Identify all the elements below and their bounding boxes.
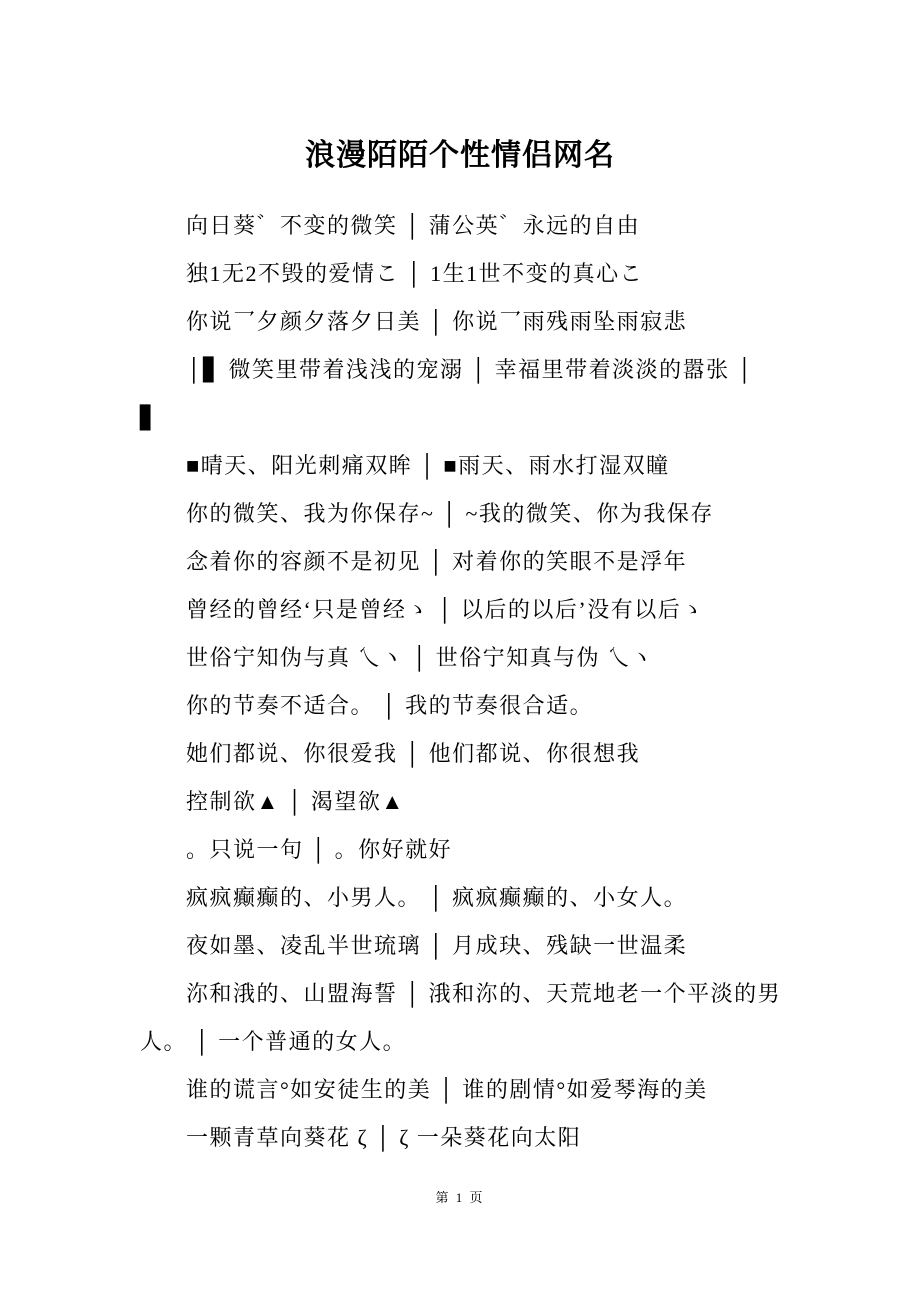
paragraph-line: ■晴天、阳光刺痛双眸 │ ■雨天、雨水打湿双瞳 bbox=[186, 453, 670, 478]
paragraph-line: 你说乛夕颜夕落夕日美 │ 你说乛雨残雨坠雨寂悲 bbox=[186, 309, 687, 334]
paragraph-line: 她们都说、你很爱我 │ 他们都说、你很想我 bbox=[186, 741, 640, 766]
paragraph-line: 谁的谎言°如安徒生的美 │ 谁的剧情°如爱琴海的美 bbox=[186, 1077, 708, 1102]
paragraph: 谁的谎言°如安徒生的美 │ 谁的剧情°如爱琴海的美 bbox=[140, 1066, 780, 1114]
paragraph-line: 世俗宁知伪与真 乀ヽ │ 世俗宁知真与伪 乀ヽ bbox=[186, 645, 654, 670]
page-footer: 第 1 页 bbox=[0, 1189, 920, 1207]
paragraph-line: 你的微笑、我为你保存~ │ ~我的微笑、你为我保存 bbox=[186, 501, 714, 526]
page-number-label: 第 1 页 bbox=[435, 1190, 484, 1205]
paragraph: 夜如墨、凌乱半世琉璃 │ 月成玦、残缺一世温柔 bbox=[140, 922, 780, 970]
paragraph: ■晴天、阳光刺痛双眸 │ ■雨天、雨水打湿双瞳 bbox=[140, 442, 780, 490]
paragraph: 沵和涐的、山盟海誓 │ 涐和沵的、天荒地老一个平淡的男人。 │ 一个普通的女人。 bbox=[140, 970, 780, 1066]
paragraph: 一颗青草向葵花 ζ │ ζ 一朵葵花向太阳 bbox=[140, 1114, 780, 1162]
paragraph: 疯疯癫癫的、小男人。 │ 疯疯癫癫的、小女人。 bbox=[140, 874, 780, 922]
paragraph: │▋ 微笑里带着浅浅的宠溺 │ 幸福里带着淡淡的嚣张 │▋ bbox=[140, 346, 780, 442]
paragraph-line: 独1无2不毁的爱情こ │ 1生1世不变的真心こ bbox=[186, 261, 643, 286]
paragraph-line: 疯疯癫癫的、小男人。 │ 疯疯癫癫的、小女人。 bbox=[186, 885, 687, 910]
paragraph-line: 你的节奏不适合。 │ 我的节奏很合适。 bbox=[186, 693, 593, 718]
paragraph-line: ▋ bbox=[140, 405, 158, 430]
document-title: 浪漫陌陌个性情侣网名 bbox=[140, 137, 780, 175]
paragraph-line: 。只说一句 │ 。你好就好 bbox=[186, 837, 452, 862]
paragraph-line: 曾经的曾经‘只是曾经ゝ │ 以后的以后’没有以后ゝ bbox=[186, 597, 705, 622]
paragraph-line: 夜如墨、凌乱半世琉璃 │ 月成玦、残缺一世温柔 bbox=[186, 933, 687, 958]
paragraph: 。只说一句 │ 。你好就好 bbox=[140, 826, 780, 874]
paragraph: 你的节奏不适合。 │ 我的节奏很合适。 bbox=[140, 682, 780, 730]
paragraph-line: │▋ 微笑里带着浅浅的宠溺 │ 幸福里带着淡淡的嚣张 │ bbox=[186, 357, 754, 382]
paragraph: 独1无2不毁的爱情こ │ 1生1世不变的真心こ bbox=[140, 250, 780, 298]
paragraph: 你说乛夕颜夕落夕日美 │ 你说乛雨残雨坠雨寂悲 bbox=[140, 298, 780, 346]
paragraph: 曾经的曾经‘只是曾经ゝ │ 以后的以后’没有以后ゝ bbox=[140, 586, 780, 634]
paragraph-line: 向日葵゛不变的微笑 │ 蒲公英゛永远的自由 bbox=[186, 213, 640, 238]
document-page: 浪漫陌陌个性情侣网名 向日葵゛不变的微笑 │ 蒲公英゛永远的自由独1无2不毁的爱… bbox=[0, 0, 920, 1302]
paragraph: 你的微笑、我为你保存~ │ ~我的微笑、你为我保存 bbox=[140, 490, 780, 538]
paragraph-line: 一颗青草向葵花 ζ │ ζ 一朵葵花向太阳 bbox=[186, 1125, 581, 1150]
paragraph: 控制欲▲ │ 渴望欲▲ bbox=[140, 778, 780, 826]
paragraph-line: 念着你的容颜不是初见 │ 对着你的笑眼不是浮年 bbox=[186, 549, 687, 574]
paragraph-line: 人。 │ 一个普通的女人。 bbox=[140, 1029, 406, 1054]
paragraph: 向日葵゛不变的微笑 │ 蒲公英゛永远的自由 bbox=[140, 202, 780, 250]
paragraph: 她们都说、你很爱我 │ 他们都说、你很想我 bbox=[140, 730, 780, 778]
paragraph-list: 向日葵゛不变的微笑 │ 蒲公英゛永远的自由独1无2不毁的爱情こ │ 1生1世不变… bbox=[140, 202, 780, 1162]
paragraph: 念着你的容颜不是初见 │ 对着你的笑眼不是浮年 bbox=[140, 538, 780, 586]
paragraph-line: 沵和涐的、山盟海誓 │ 涐和沵的、天荒地老一个平淡的男 bbox=[186, 981, 781, 1006]
paragraph: 世俗宁知伪与真 乀ヽ │ 世俗宁知真与伪 乀ヽ bbox=[140, 634, 780, 682]
paragraph-line: 控制欲▲ │ 渴望欲▲ bbox=[186, 789, 405, 814]
